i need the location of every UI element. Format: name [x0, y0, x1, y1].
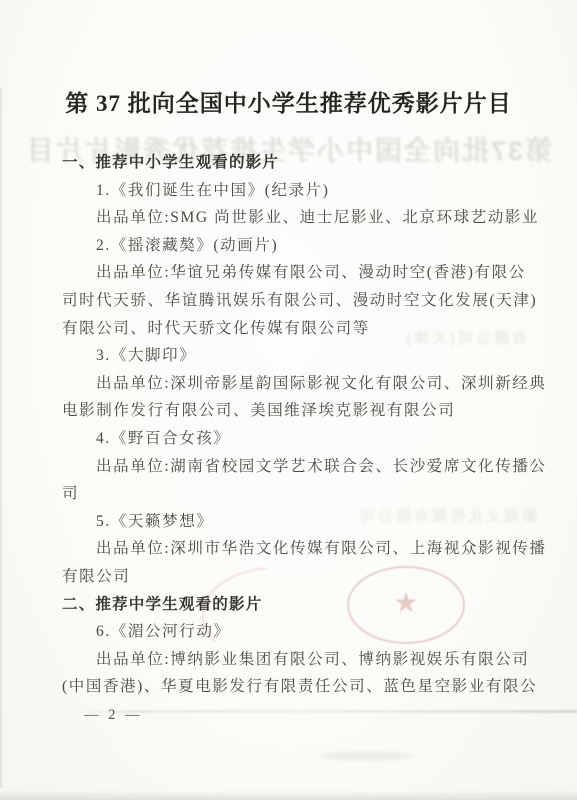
film-title-line: 5.《天籁梦想》	[62, 508, 522, 536]
producer-line-continuation: 电影制作发行有限公司、美国维泽埃克影视有限公司	[62, 397, 522, 425]
producer-line: 出品单位:湖南省校园文学艺术联合会、长沙爱席文化传播公	[62, 453, 522, 481]
document-body: 一、推荐中小学生观看的影片 1.《我们诞生在中国》(纪录片) 出品单位:SMG …	[62, 149, 522, 701]
scan-edge-shadow	[0, 88, 2, 788]
film-title-line: 6.《湄公河行动》	[62, 618, 522, 646]
section-heading: 二、推荐中学生观看的影片	[62, 591, 522, 619]
film-title-line: 3.《大脚印》	[62, 342, 522, 370]
film-title-line: 1.《我们诞生在中国》(纪录片)	[62, 177, 522, 205]
producer-line-continuation: 有限公司	[62, 563, 522, 591]
producer-line-continuation: 司时代天骄、华谊腾讯娱乐有限公司、漫动时空文化发展(天津)	[62, 287, 522, 315]
producer-line: 出品单位:华谊兄弟传媒有限公司、漫动时空(香港)有限公	[62, 259, 522, 287]
producer-line-continuation: 司	[62, 480, 522, 508]
producer-line: 出品单位:深圳市华浩文化传媒有限公司、上海视众影视传播	[62, 535, 522, 563]
document-title: 第 37 批向全国中小学生推荐优秀影片片目	[0, 85, 577, 118]
scanned-document-page: 第37批向全国中小学生推荐优秀影片片目 有限公司(天津) 影视文化传媒有限公司 …	[0, 0, 577, 800]
film-title-line: 2.《摇滚藏獒》(动画片)	[62, 232, 522, 260]
page-number: — 2 —	[84, 707, 143, 724]
film-title-line: 4.《野百合女孩》	[62, 425, 522, 453]
producer-line: 出品单位:深圳帝影星韵国际影视文化有限公司、深圳新经典	[62, 370, 522, 398]
producer-line-continuation: 有限公司、时代天骄文化传媒有限公司等	[62, 315, 522, 343]
scan-bottom-shadow	[0, 790, 577, 800]
producer-line-continuation: (中国香港)、华夏电影发行有限责任公司、蓝色星空影业有限公	[62, 673, 522, 701]
scan-fold-shadow	[74, 710, 577, 713]
producer-line: 出品单位:SMG 尚世影业、迪士尼影业、北京环球艺动影业	[62, 204, 522, 232]
scan-smudge	[318, 752, 414, 760]
section-heading: 一、推荐中小学生观看的影片	[62, 149, 522, 177]
producer-line: 出品单位:博纳影业集团有限公司、博纳影视娱乐有限公司	[62, 646, 522, 674]
